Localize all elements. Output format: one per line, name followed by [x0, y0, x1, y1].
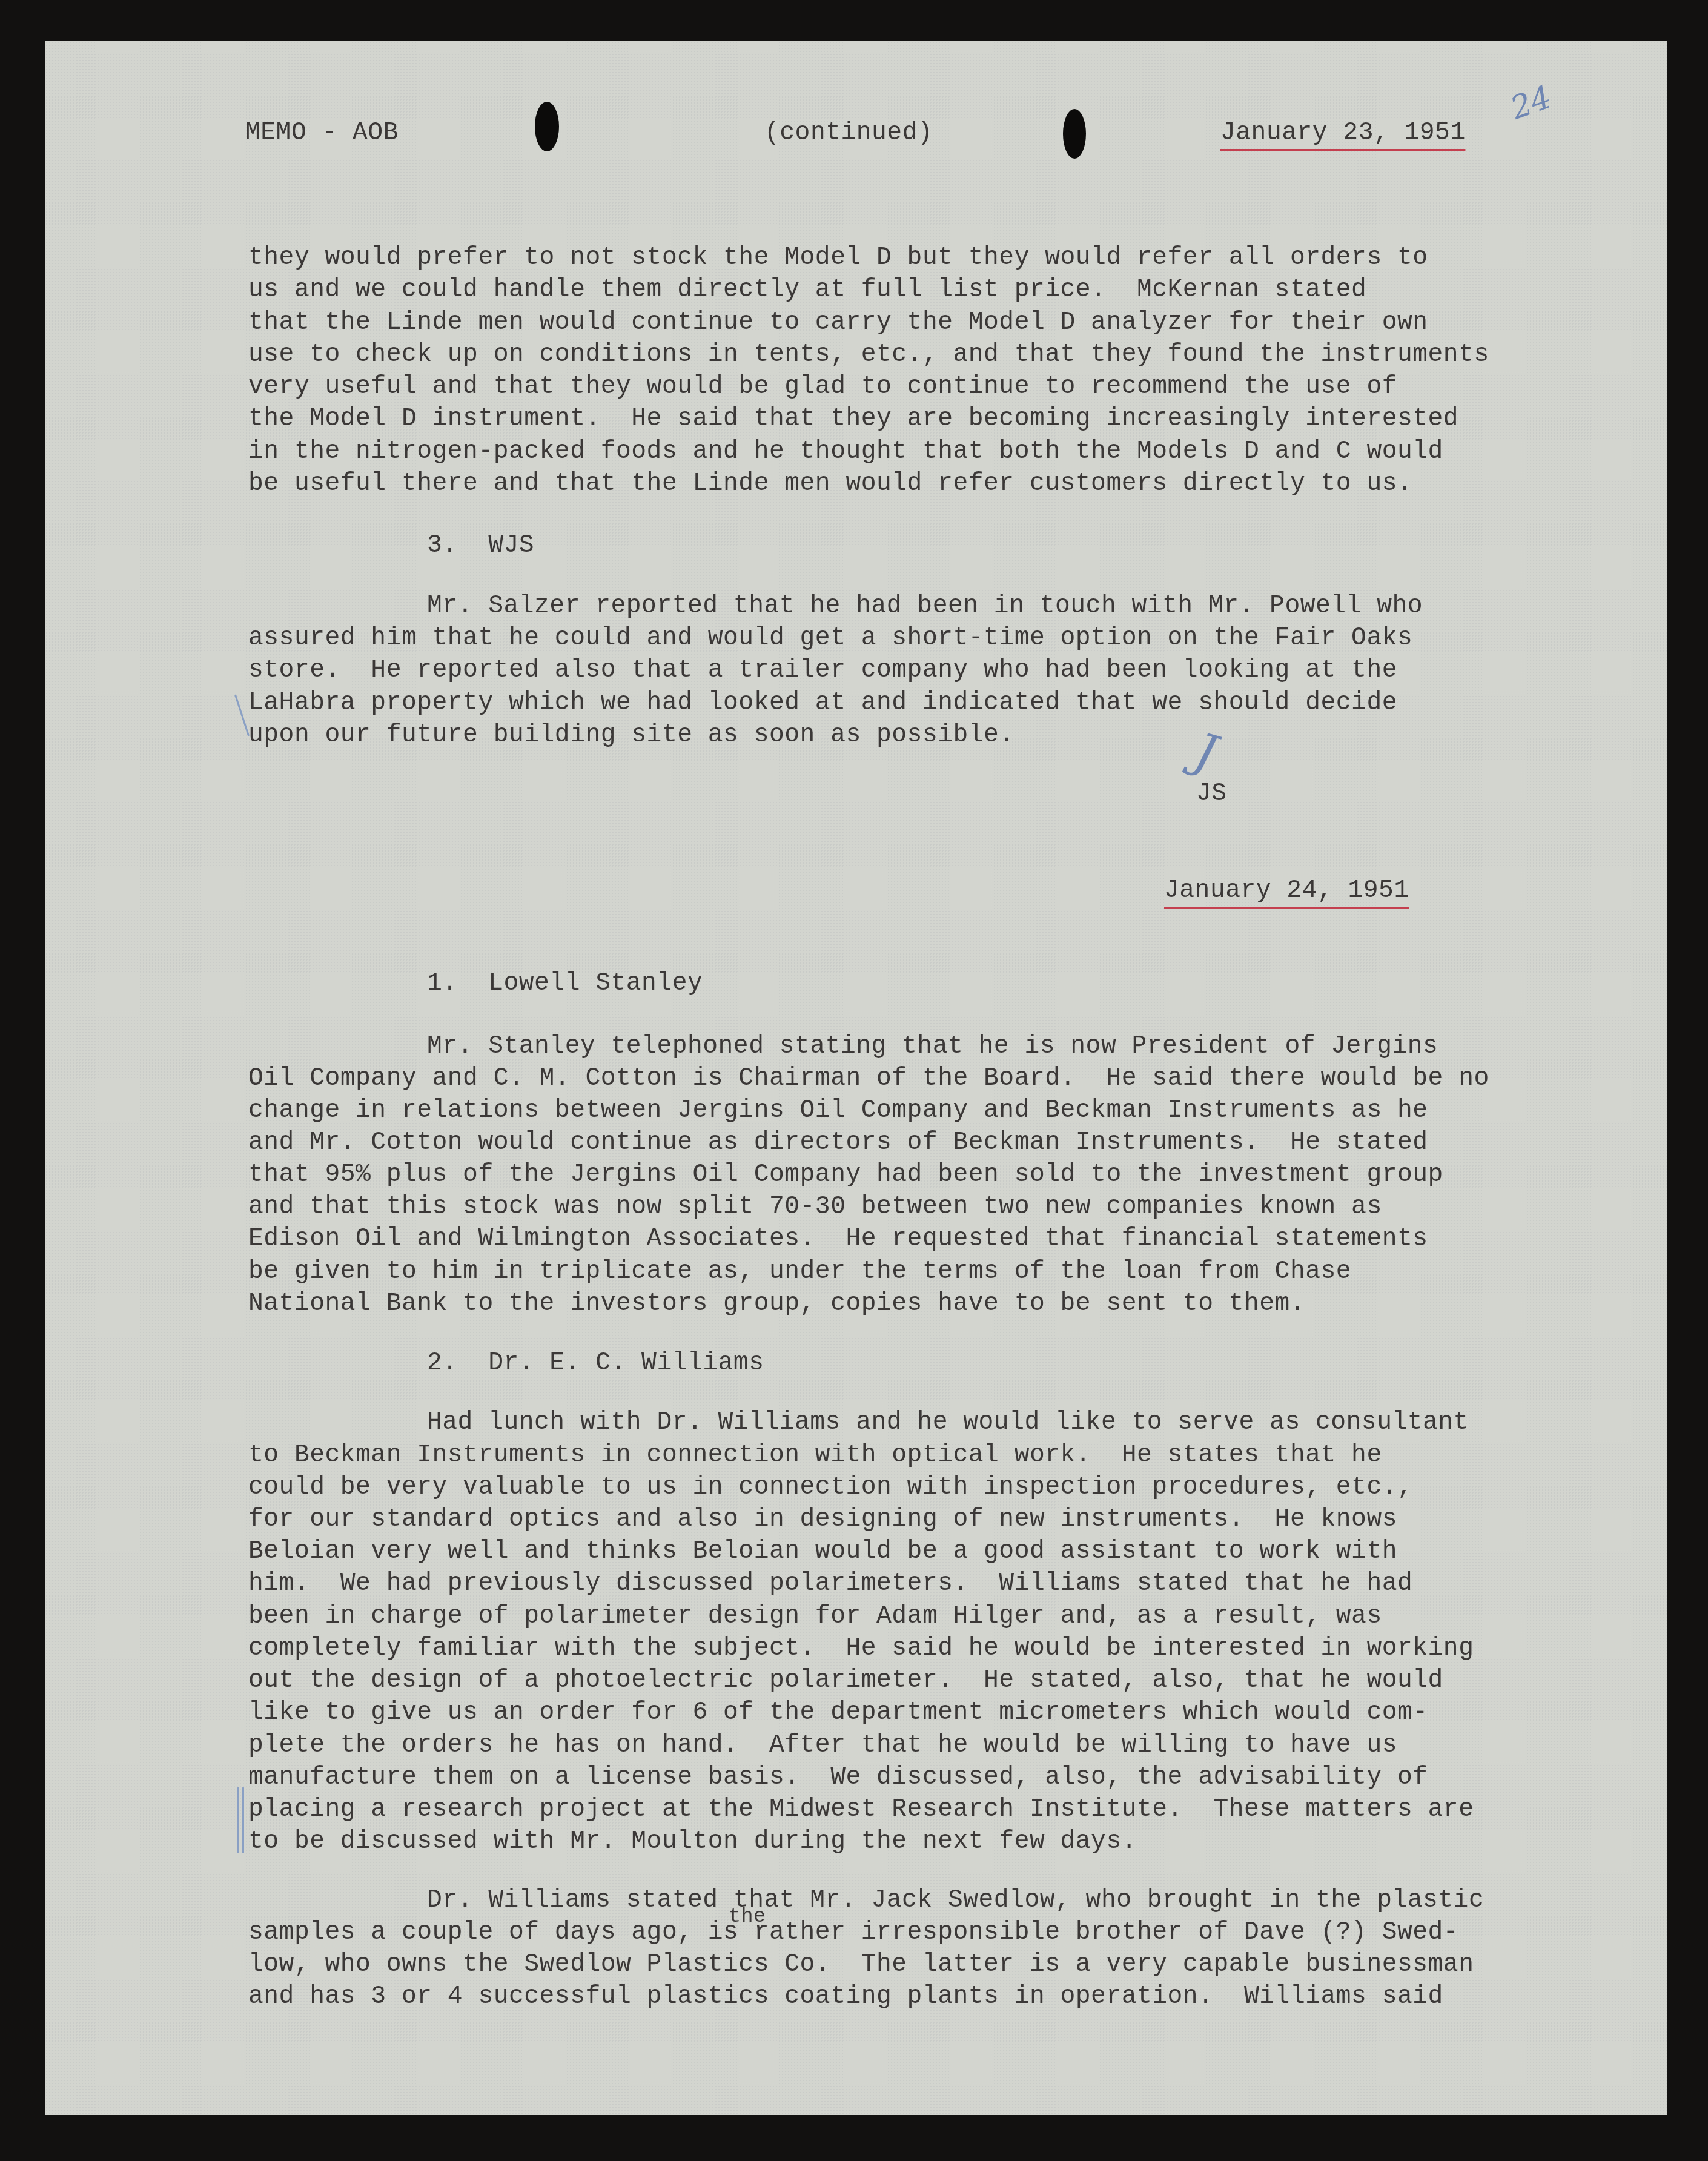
text-line: to be discussed with Mr. Moulton during … [248, 1826, 1137, 1856]
margin-mark [242, 1787, 244, 1853]
text-line: plete the orders he has on hand. After t… [248, 1730, 1397, 1760]
text-line: National Bank to the investors group, co… [248, 1288, 1305, 1319]
text-line: store. He reported also that a trailer c… [248, 655, 1397, 685]
text-line: Mr. Stanley telephoned stating that he i… [427, 1031, 1438, 1061]
text-line: assured him that he could and would get … [248, 623, 1412, 653]
memo-header-center: (continued) [764, 117, 933, 148]
text-line: like to give us an order for 6 of the de… [248, 1697, 1428, 1727]
text-line: upon our future building site as soon as… [248, 720, 1015, 750]
text-line: been in charge of polarimeter design for… [248, 1601, 1382, 1631]
item-heading-lowell-stanley: 1. Lowell Stanley [427, 968, 703, 998]
punch-hole-right [1063, 109, 1086, 159]
text-line: Dr. Williams stated that Mr. Jack Swedlo… [427, 1885, 1484, 1915]
section-date: January 24, 1951 [1164, 875, 1409, 909]
text-line: be useful there and that the Linde men w… [248, 468, 1412, 498]
text-line: manufacture them on a license basis. We … [248, 1762, 1428, 1792]
text-line: use to check up on conditions in tents, … [248, 339, 1489, 369]
text-line: could be very valuable to us in connecti… [248, 1472, 1412, 1502]
item-heading-wjs: 3. WJS [427, 530, 534, 560]
text-line: placing a research project at the Midwes… [248, 1794, 1474, 1824]
signoff-initials: JS [1196, 778, 1227, 809]
text-line: Mr. Salzer reported that he had been in … [427, 591, 1423, 621]
text-line: Had lunch with Dr. Williams and he would… [427, 1407, 1469, 1437]
text-line: to Beckman Instruments in connection wit… [248, 1440, 1382, 1470]
margin-mark [237, 1787, 239, 1853]
text-line: they would prefer to not stock the Model… [248, 242, 1428, 273]
text-line: change in relations between Jergins Oil … [248, 1095, 1428, 1125]
punch-hole-left [535, 102, 559, 151]
text-line: samples a couple of days ago, is rather … [248, 1917, 1458, 1947]
text-line: and has 3 or 4 successful plastics coati… [248, 1981, 1443, 2011]
text-line: and Mr. Cotton would continue as directo… [248, 1127, 1428, 1157]
text-line: Beloian very well and thinks Beloian wou… [248, 1536, 1397, 1566]
text-line: be given to him in triplicate as, under … [248, 1256, 1351, 1286]
text-line: very useful and that they would be glad … [248, 371, 1397, 402]
text-line: low, who owns the Swedlow Plastics Co. T… [248, 1949, 1474, 1979]
text-line: us and we could handle them directly at … [248, 274, 1366, 305]
text-line: out the design of a photoelectric polari… [248, 1665, 1443, 1695]
text-line: for our standard optics and also in desi… [248, 1504, 1397, 1534]
text-line: Oil Company and C. M. Cotton is Chairman… [248, 1063, 1489, 1093]
text-line: and that this stock was now split 70-30 … [248, 1191, 1382, 1222]
text-line: Edison Oil and Wilmington Associates. He… [248, 1223, 1428, 1254]
text-line: completely familiar with the subject. He… [248, 1633, 1474, 1663]
text-line: LaHabra property which we had looked at … [248, 687, 1397, 718]
memo-header-date: January 23, 1951 [1220, 117, 1466, 151]
text-line: that 95% plus of the Jergins Oil Company… [248, 1159, 1443, 1190]
memo-header-left: MEMO - AOB [245, 117, 399, 148]
text-line: that the Linde men would continue to car… [248, 307, 1428, 337]
text-line: the Model D instrument. He said that the… [248, 403, 1458, 434]
text-line: in the nitrogen-packed foods and he thou… [248, 436, 1443, 466]
text-line: him. We had previously discussed polarim… [248, 1568, 1412, 1598]
item-heading-williams: 2. Dr. E. C. Williams [427, 1348, 764, 1378]
